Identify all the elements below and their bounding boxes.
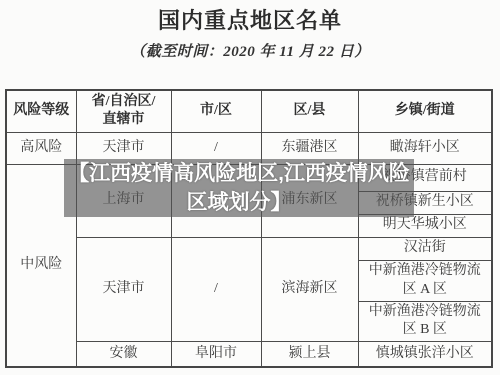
cell-province: 安徽 <box>76 341 171 367</box>
caption-line-1: 【江西疫情高风险地区,江西疫情风险 <box>68 159 410 188</box>
table-row: 安徽 阜阳市 颍上县 慎城镇张洋小区 <box>6 341 492 367</box>
cell-street: 中新渔港冷链物流 区 B 区 <box>358 301 492 341</box>
header-district: 区/县 <box>261 90 358 132</box>
cell-city: 阜阳市 <box>171 341 261 367</box>
cell-street: 中新渔港冷链物流 区 A 区 <box>358 260 492 301</box>
header-city: 市/区 <box>171 90 261 132</box>
caption-overlay: 【江西疫情高风险地区,江西疫情风险 区域划分】 <box>64 159 414 217</box>
header-street: 乡镇/街道 <box>358 90 492 132</box>
cell-street: 明天华城小区 <box>358 214 492 237</box>
caption-line-2: 区域划分】 <box>187 188 292 217</box>
header-province: 省/自治区/ 直辖市 <box>76 90 171 132</box>
header-risk-level: 风险等级 <box>6 90 76 132</box>
table-row: 天津市 / 滨海新区 汉沽街 <box>6 237 492 260</box>
cell-street: 汉沽街 <box>358 237 492 260</box>
page-subtitle: （截至时间：2020 年 11 月 22 日） <box>0 40 500 61</box>
cell-street: 慎城镇张洋小区 <box>358 341 492 367</box>
key-areas-table: 风险等级 省/自治区/ 直辖市 市/区 区/县 乡镇/街道 高风险 天津市 / … <box>5 89 493 368</box>
page-title: 国内重点地区名单 <box>0 4 500 35</box>
cell-city: / <box>171 237 261 341</box>
cell-province: 天津市 <box>76 237 171 341</box>
cell-district: 滨海新区 <box>261 237 358 341</box>
cell-district: 颍上县 <box>261 341 358 367</box>
table-header-row: 风险等级 省/自治区/ 直辖市 市/区 区/县 乡镇/街道 <box>6 90 492 132</box>
document-page: 国内重点地区名单 （截至时间：2020 年 11 月 22 日） 风险等级 省/… <box>0 0 500 375</box>
